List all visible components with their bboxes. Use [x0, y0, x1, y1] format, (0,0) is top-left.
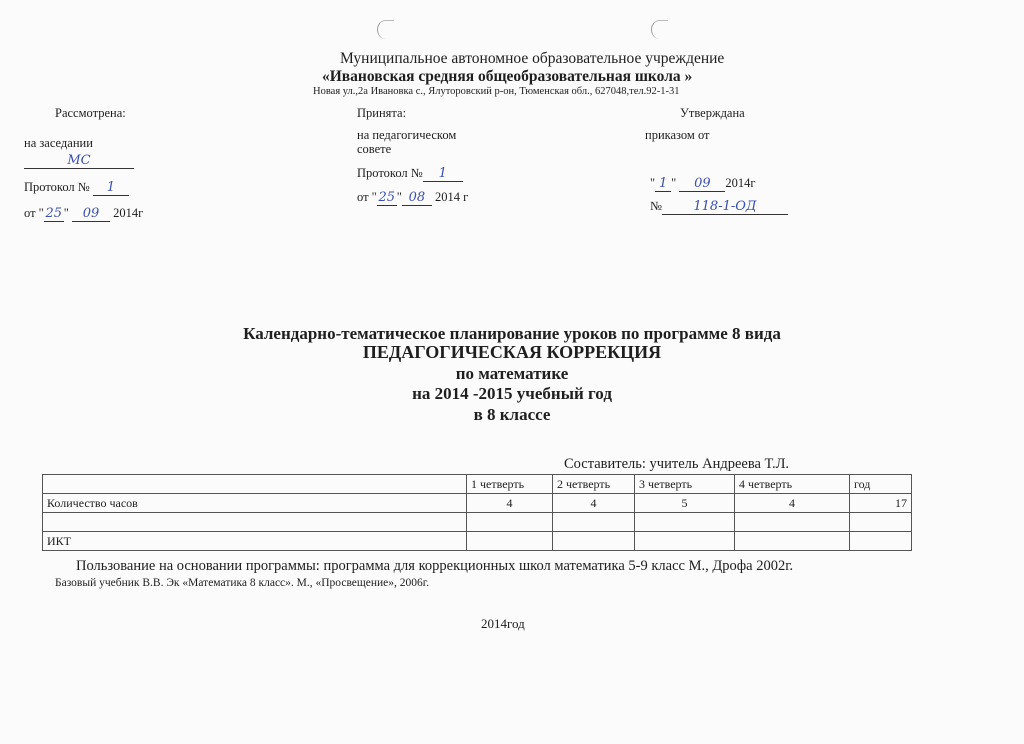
approved-order-text: приказом от — [645, 128, 710, 143]
hours-table: 1 четверть 2 четверть 3 четверть 4 четве… — [42, 474, 912, 551]
accepted-line2: совете — [357, 142, 391, 157]
date-prefix: от " — [24, 206, 44, 220]
reviewed-month: 09 — [72, 207, 110, 222]
table-cell — [635, 532, 735, 551]
school-name: «Ивановская средняя общеобразовательная … — [322, 68, 692, 86]
protocol-label: Протокол № — [24, 180, 90, 194]
table-header-cell: 3 четверть — [635, 475, 735, 494]
reviewed-signature: МС — [24, 154, 134, 169]
approved-order: №118-1-ОД — [650, 199, 788, 215]
table-cell: ИКТ — [43, 532, 467, 551]
school-address: Новая ул.,2а Ивановка с., Ялуторовский р… — [313, 86, 679, 97]
table-cell — [553, 513, 635, 532]
institution-type: Муниципальное автономное образовательное… — [340, 50, 724, 68]
table-cell — [43, 513, 467, 532]
table-header-cell — [43, 475, 467, 494]
title-line-4: на 2014 -2015 учебный год — [0, 384, 1024, 403]
table-row: ИКТ — [43, 532, 912, 551]
title-line-1: Календарно-тематическое планирование уро… — [0, 324, 1024, 343]
title-line-2: ПЕДАГОГИЧЕСКАЯ КОРРЕКЦИЯ — [0, 343, 1024, 362]
table-header-cell: 1 четверть — [467, 475, 553, 494]
reviewed-date: от "25" 09 2014г — [24, 206, 143, 222]
reviewed-year: 2014г — [113, 206, 143, 220]
title-line-3: по математике — [0, 364, 1024, 383]
reviewed-meeting: на заседании — [24, 136, 93, 151]
table-cell: 4 — [553, 494, 635, 513]
table-cell: 17 — [850, 494, 912, 513]
accepted-date: от "25"08 2014 г — [357, 190, 468, 206]
reviewed-protocol: Протокол № 1 — [24, 180, 129, 196]
approved-month: 09 — [679, 177, 725, 192]
approved-day: 1 — [655, 177, 671, 192]
order-label: № — [650, 199, 662, 213]
reviewed-protocol-no: 1 — [93, 181, 129, 196]
accepted-protocol-no: 1 — [423, 167, 463, 182]
table-cell — [467, 513, 553, 532]
table-header-row: 1 четверть 2 четверть 3 четверть 4 четве… — [43, 475, 912, 494]
table-cell: 4 — [467, 494, 553, 513]
table-header-cell: 4 четверть — [735, 475, 850, 494]
table-cell: Количество часов — [43, 494, 467, 513]
approved-date: "1" 092014г — [650, 176, 755, 192]
title-line-5: в 8 классе — [0, 405, 1024, 424]
table-cell: 5 — [635, 494, 735, 513]
date-prefix: от " — [357, 190, 377, 204]
approved-year: 2014г — [725, 176, 755, 190]
accepted-line1: на педагогическом — [357, 128, 456, 143]
accepted-year: 2014 г — [435, 190, 468, 204]
table-header-cell: год — [850, 475, 912, 494]
table-row — [43, 513, 912, 532]
table-cell — [635, 513, 735, 532]
accepted-month: 08 — [402, 191, 432, 206]
punch-hole-right — [651, 20, 668, 39]
approved-heading: Утверждана — [680, 106, 745, 121]
table-cell — [735, 513, 850, 532]
program-note: Пользование на основании программы: прог… — [76, 558, 793, 575]
table-cell — [553, 532, 635, 551]
table-cell — [735, 532, 850, 551]
table-header-cell: 2 четверть — [553, 475, 635, 494]
table-row: Количество часов 4 4 5 4 17 — [43, 494, 912, 513]
reviewed-heading: Рассмотрена: — [55, 106, 126, 121]
author: Составитель: учитель Андреева Т.Л. — [564, 456, 789, 473]
accepted-protocol: Протокол №1 — [357, 166, 463, 182]
approved-order-no: 118-1-ОД — [662, 200, 788, 215]
reviewed-day: 25 — [44, 207, 64, 222]
accepted-day: 25 — [377, 191, 397, 206]
textbook-note: Базовый учебник В.В. Эк «Математика 8 кл… — [55, 577, 429, 589]
footer-year: 2014год — [481, 616, 525, 632]
punch-hole-left — [377, 20, 394, 39]
table-cell: 4 — [735, 494, 850, 513]
table-cell — [850, 513, 912, 532]
protocol-label: Протокол № — [357, 166, 423, 180]
accepted-heading: Принята: — [357, 106, 406, 121]
table-cell — [467, 532, 553, 551]
table-cell — [850, 532, 912, 551]
